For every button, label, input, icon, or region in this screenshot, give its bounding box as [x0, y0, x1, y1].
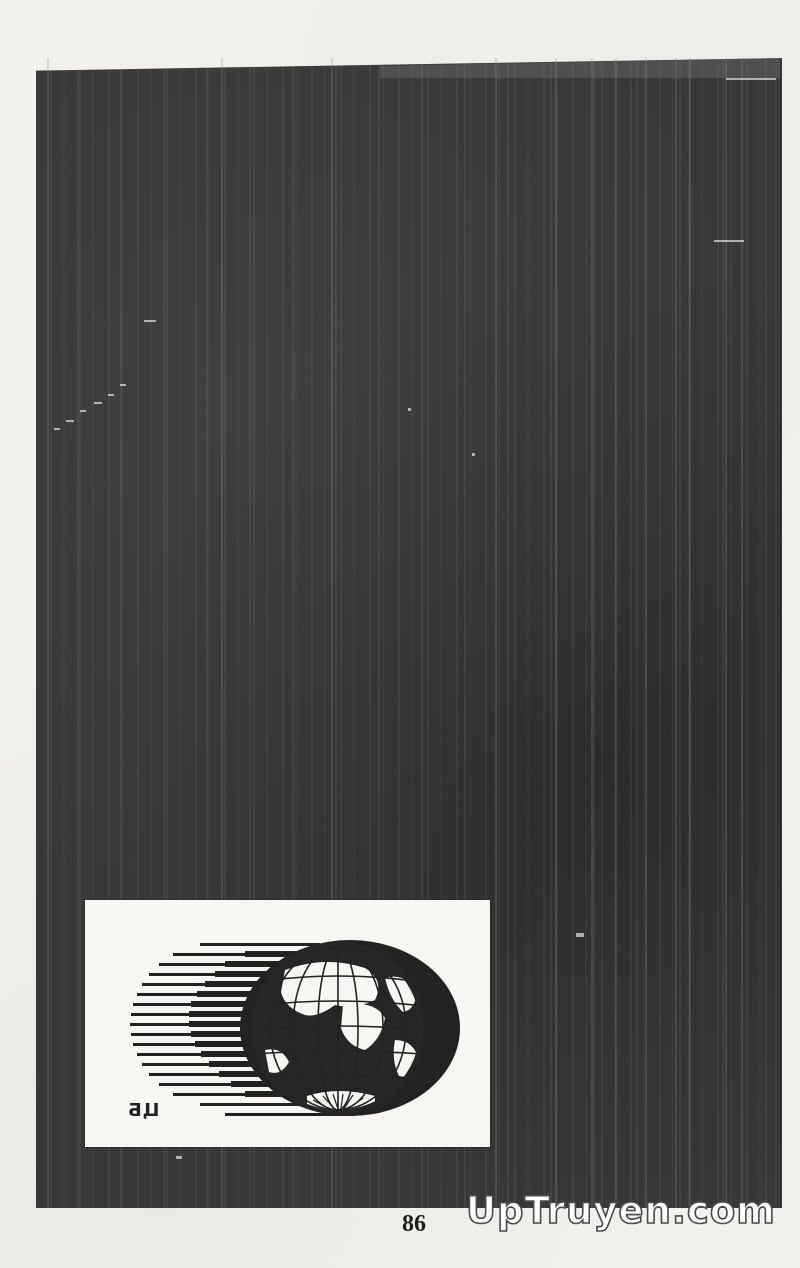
publisher-logo-text: ЦБ: [127, 1102, 159, 1120]
page-number: 86: [402, 1212, 426, 1236]
site-watermark: UpTruyen.com: [466, 1192, 776, 1229]
publisher-logo-card: ЦБ: [85, 900, 490, 1147]
